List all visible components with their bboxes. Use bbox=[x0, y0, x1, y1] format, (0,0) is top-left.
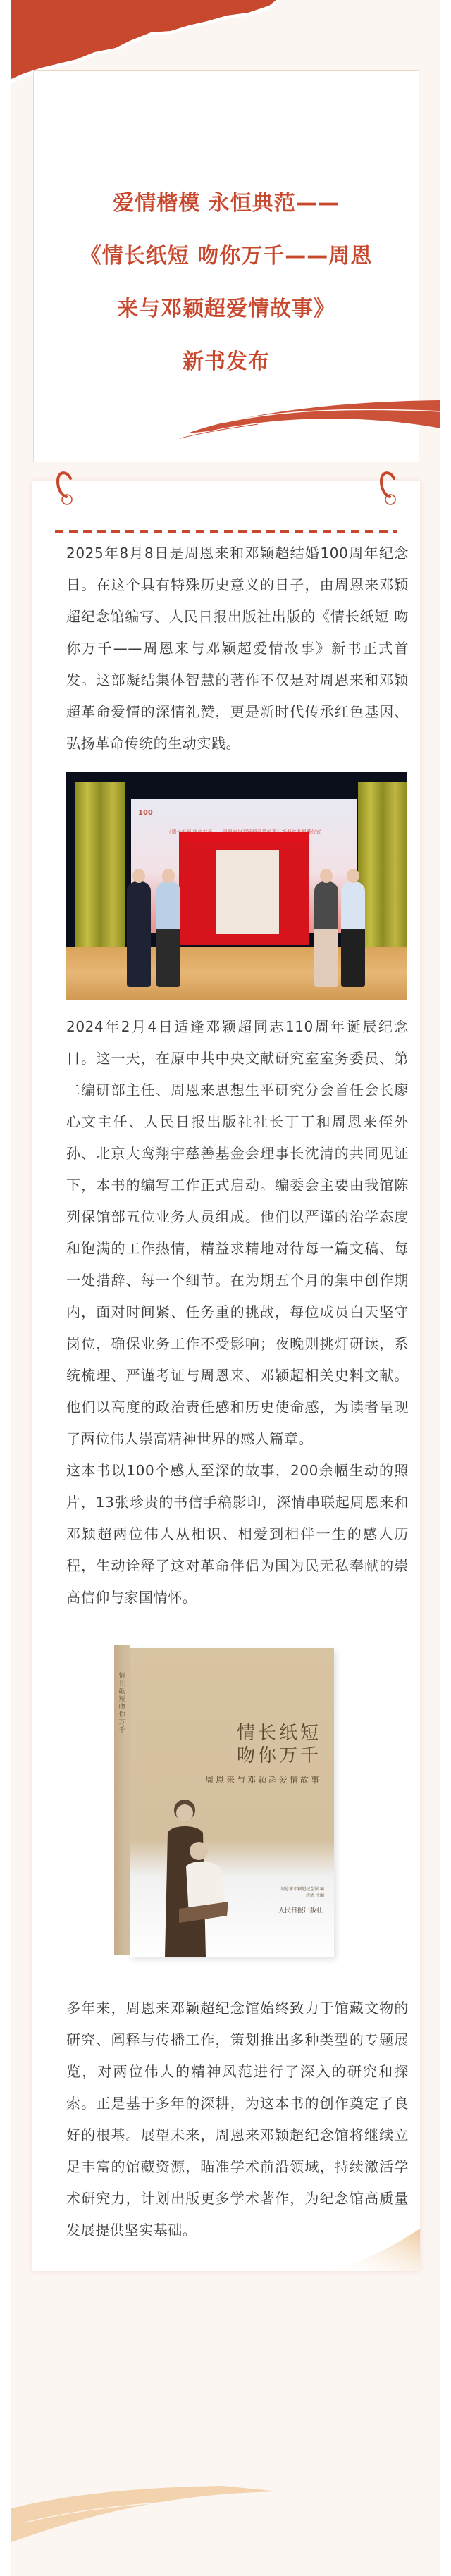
book-poster bbox=[216, 850, 279, 934]
content-card: 2025年8月8日是周恩来和邓颖超结婚100周年纪念日。在这个具有特殊历史意义的… bbox=[32, 481, 420, 2271]
person bbox=[127, 881, 151, 987]
title-line-1: 爱情楷模 永恒典范—— bbox=[34, 177, 419, 230]
person bbox=[341, 881, 365, 987]
book-editor: 周恩来邓颖超纪念馆 编 bbox=[280, 1886, 324, 1893]
person bbox=[314, 881, 338, 987]
book-title-line-1: 情长纸短 bbox=[237, 1722, 321, 1745]
book-chief-editor: 沈清 主编 bbox=[280, 1893, 324, 1899]
book-front-cover: 情长纸短 吻你万千 周恩来与邓颖超爱情故事 周恩来邓颖超纪念馆 编 bbox=[130, 1648, 334, 1957]
paragraph-1: 2025年8月8日是周恩来和邓颖超结婚100周年纪念日。在这个具有特殊历史意义的… bbox=[66, 538, 409, 760]
article-page: 爱情楷模 永恒典范—— 《情长纸短 吻你万千——周恩 来与邓颖超爱情故事》 新书… bbox=[11, 0, 440, 2576]
curtain-right bbox=[358, 782, 407, 958]
spine-title: 情长纸短吻你万千 bbox=[117, 1673, 127, 1735]
paragraph-3: 这本书以100个感人至深的故事，200余幅生动的照片，13张珍贵的书信手稿影印，… bbox=[66, 1455, 409, 1614]
book-subtitle: 周恩来与邓颖超爱情故事 bbox=[205, 1773, 321, 1785]
curtain-left bbox=[75, 782, 125, 958]
person bbox=[156, 881, 180, 987]
book-title-line-2: 吻你万千 bbox=[237, 1745, 321, 1767]
launch-ceremony-photo: 100 《情长纸短 吻你万千——周恩来与邓颖超爱情故事》新书首发揭幕仪式 张家欣… bbox=[66, 772, 407, 1000]
red-brush-stroke-decoration bbox=[180, 395, 440, 472]
binder-ring-icon bbox=[377, 469, 401, 511]
title-line-3: 来与邓颖超爱情故事》 bbox=[34, 283, 419, 335]
article-body: 2025年8月8日是周恩来和邓颖超结婚100周年纪念日。在这个具有特殊历史意义的… bbox=[66, 538, 409, 2246]
dashed-divider bbox=[55, 530, 397, 533]
title-line-2: 《情长纸短 吻你万千——周恩 bbox=[34, 230, 419, 283]
title-line-4: 新书发布 bbox=[34, 335, 419, 388]
binder-ring-icon bbox=[54, 469, 78, 511]
book-cover-image: 情长纸短吻你万千 情长纸短 吻你万千 周恩来与邓颖超爱情故事 bbox=[66, 1630, 409, 1969]
book-publisher: 人民日报出版社 bbox=[278, 1905, 323, 1914]
book-spine: 情长纸短吻你万千 bbox=[114, 1645, 130, 1955]
page-curl-decoration bbox=[321, 2229, 420, 2271]
paragraph-2: 2024年2月4日适逢邓颖超同志110周年诞辰纪念日。这一天，在原中共中央文献研… bbox=[66, 1011, 409, 1455]
page-title: 爱情楷模 永恒典范—— 《情长纸短 吻你万千——周恩 来与邓颖超爱情故事》 新书… bbox=[34, 177, 419, 388]
couple-photo-illustration bbox=[158, 1796, 235, 1957]
book-title: 情长纸短 吻你万千 bbox=[237, 1722, 321, 1767]
peach-brush-stroke-decoration bbox=[11, 2480, 286, 2558]
screen-logo: 100 bbox=[138, 809, 357, 817]
book-editors: 周恩来邓颖超纪念馆 编 沈清 主编 bbox=[280, 1886, 324, 1899]
paragraph-4: 多年来，周恩来邓颖超纪念馆始终致力于馆藏文物的研究、阐释与传播工作，策划推出多种… bbox=[66, 1993, 409, 2246]
